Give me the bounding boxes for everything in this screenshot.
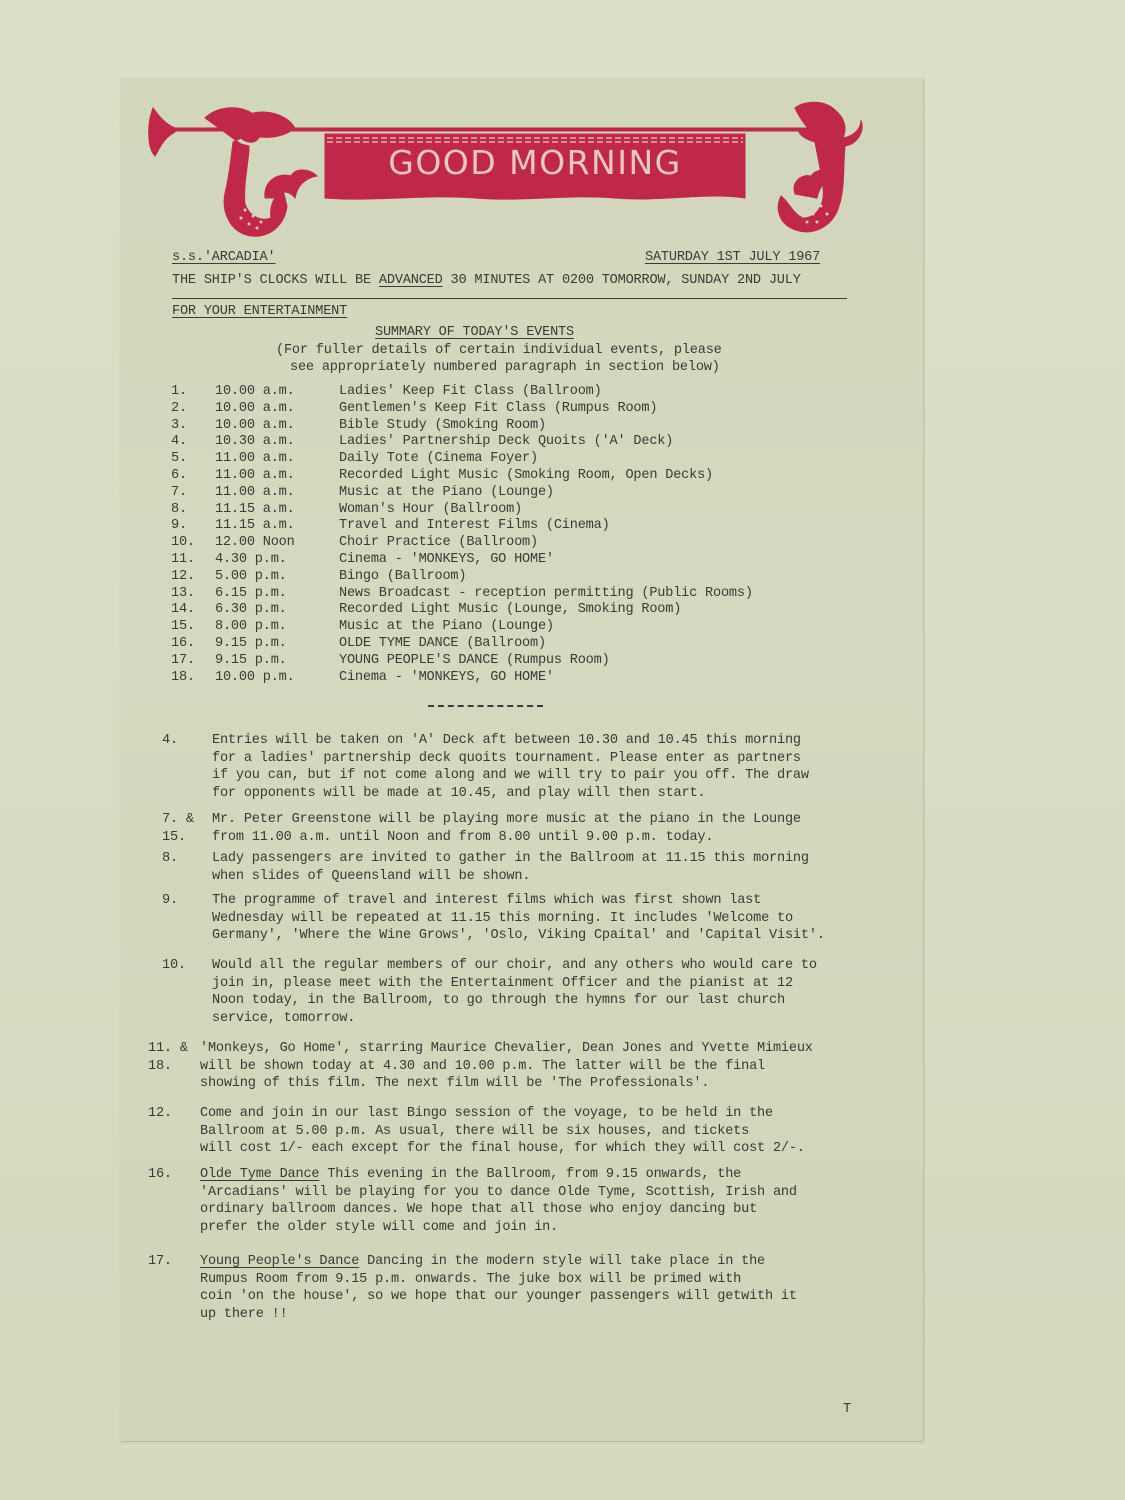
paragraph-line: Wednesday will be repeated at 11.15 this… [212,911,793,926]
summary-note-line2: see appropriately numbered paragraph in … [290,360,720,375]
clock-notice: THE SHIP'S CLOCKS WILL BE ADVANCED 30 MI… [172,273,801,288]
paragraph-line: Lady passengers are invited to gather in… [212,851,809,866]
event-number: 9. [171,518,211,533]
event-description: Choir Practice (Ballroom) [339,535,538,550]
paragraph-number: 10. [162,958,186,973]
event-number: 7. [171,485,211,500]
paragraph-line: coin 'on the house', so we hope that our… [200,1289,797,1304]
event-number: 12. [171,569,211,584]
event-description: Bingo (Ballroom) [339,569,466,584]
issue-date: SATURDAY 1ST JULY 1967 [645,250,820,265]
section-separator [428,705,543,707]
paragraph-number: 12. [148,1106,172,1121]
event-description: Cinema - 'MONKEYS, GO HOME' [339,670,554,685]
event-description: Music at the Piano (Lounge) [339,619,554,634]
event-description: OLDE TYME DANCE (Ballroom) [339,636,546,651]
paragraph-line: Germany', 'Where the Wine Grows', 'Oslo,… [212,928,825,943]
paragraph-line: will cost 1/- each except for the final … [200,1141,805,1156]
event-description: News Broadcast - reception permitting (P… [339,586,753,601]
event-description: YOUNG PEOPLE'S DANCE (Rumpus Room) [339,653,610,668]
event-number: 3. [171,418,211,433]
paragraph-line: The programme of travel and interest fil… [212,893,761,908]
paragraph-number: 9. [162,893,178,908]
paragraph-line: for opponents will be made at 10.45, and… [212,786,705,801]
event-time: 4.30 p.m. [215,552,287,567]
event-time: 8.00 p.m. [215,619,287,634]
event-description: Ladies' Keep Fit Class (Ballroom) [339,384,602,399]
ship-name: s.s.'ARCADIA' [172,250,275,265]
paragraph-line: Mr. Peter Greenstone will be playing mor… [212,812,801,827]
event-time: 6.15 p.m. [215,586,287,601]
footer-mark: T [843,1402,851,1417]
paragraph-line: Would all the regular members of our cho… [212,958,817,973]
event-time: 12.00 Noon [215,535,295,550]
paragraph-number: 17. [148,1254,172,1269]
paragraph-line: for a ladies' partnership deck quoits to… [212,751,801,766]
event-time: 10.30 a.m. [215,434,295,449]
event-description: Music at the Piano (Lounge) [339,485,554,500]
event-description: Bible Study (Smoking Room) [339,418,546,433]
paragraph-line: prefer the older style will come and joi… [200,1220,558,1235]
paragraph-text: Dancing in the modern style will take pl… [359,1254,765,1269]
paragraph-line: Come and join in our last Bingo session … [200,1106,773,1121]
event-description: Recorded Light Music (Smoking Room, Open… [339,468,713,483]
paragraph-heading: Olde Tyme Dance [200,1167,319,1182]
event-time: 11.15 a.m. [215,502,295,517]
event-number: 13. [171,586,211,601]
event-time: 10.00 a.m. [215,418,295,433]
event-time: 11.00 a.m. [215,451,295,466]
paragraph-line: service, tomorrow. [212,1011,355,1026]
paragraph-line: showing of this film. The next film will… [200,1076,709,1091]
paragraph-number: 4. [162,733,178,748]
event-number: 11. [171,552,211,567]
banner-title: GOOD MORNING [325,143,745,182]
clock-notice-emph: ADVANCED [379,273,443,288]
event-time: 5.00 p.m. [215,569,287,584]
event-number: 15. [171,619,211,634]
paragraph-number: 16. [148,1167,172,1182]
paragraph-line: Ballroom at 5.00 p.m. As usual, there wi… [200,1124,749,1139]
event-number: 4. [171,434,211,449]
event-number: 8. [171,502,211,517]
paragraph-text: This evening in the Ballroom, from 9.15 … [319,1167,741,1182]
paragraph-line: Rumpus Room from 9.15 p.m. onwards. The … [200,1272,741,1287]
paragraph-number: 18. [148,1059,172,1074]
paragraph-line: ordinary ballroom dances. We hope that a… [200,1202,757,1217]
paragraph-line: from 11.00 a.m. until Noon and from 8.00… [212,830,713,845]
header-divider [172,298,847,299]
section-heading: FOR YOUR ENTERTAINMENT [172,304,347,319]
event-number: 1. [171,384,211,399]
paragraph-number: 8. [162,851,178,866]
summary-note-line1: (For fuller details of certain individua… [276,343,722,358]
paragraph-line: when slides of Queensland will be shown. [212,869,530,884]
paragraph-heading: Young People's Dance [200,1254,359,1269]
event-number: 10. [171,535,211,550]
event-time: 6.30 p.m. [215,602,287,617]
event-time: 9.15 p.m. [215,653,287,668]
paragraph-line: Entries will be taken on 'A' Deck aft be… [212,733,801,748]
paragraph-line: will be shown today at 4.30 and 10.00 p.… [200,1059,765,1074]
paragraph-line: 'Arcadians' will be playing for you to d… [200,1185,797,1200]
event-number: 14. [171,602,211,617]
paragraph-line: 'Monkeys, Go Home', starring Maurice Che… [200,1041,813,1056]
event-description: Travel and Interest Films (Cinema) [339,518,610,533]
event-number: 2. [171,401,211,416]
event-time: 10.00 a.m. [215,384,295,399]
clock-notice-pre: THE SHIP'S CLOCKS WILL BE [172,273,379,288]
paragraph-number: 7. & [162,812,194,827]
paragraph-line: Olde Tyme Dance This evening in the Ball… [200,1167,741,1182]
event-time: 11.00 a.m. [215,485,295,500]
event-description: Gentlemen's Keep Fit Class (Rumpus Room) [339,401,657,416]
event-description: Recorded Light Music (Lounge, Smoking Ro… [339,602,681,617]
event-time: 9.15 p.m. [215,636,287,651]
event-number: 16. [171,636,211,651]
event-number: 6. [171,468,211,483]
paragraph-line: Young People's Dance Dancing in the mode… [200,1254,765,1269]
paragraph-line: join in, please meet with the Entertainm… [212,976,793,991]
event-number: 17. [171,653,211,668]
paragraph-number: 15. [162,830,186,845]
event-description: Cinema - 'MONKEYS, GO HOME' [339,552,554,567]
paragraph-line: if you can, but if not come along and we… [212,768,809,783]
event-description: Daily Tote (Cinema Foyer) [339,451,538,466]
summary-title: SUMMARY OF TODAY'S EVENTS [375,325,574,340]
event-time: 10.00 a.m. [215,401,295,416]
event-number: 5. [171,451,211,466]
paragraph-line: Noon today, in the Ballroom, to go throu… [212,993,785,1008]
event-time: 10.00 p.m. [215,670,295,685]
event-description: Woman's Hour (Ballroom) [339,502,522,517]
paragraph-number: 11. & [148,1041,188,1056]
event-time: 11.15 a.m. [215,518,295,533]
event-description: Ladies' Partnership Deck Quoits ('A' Dec… [339,434,673,449]
clock-notice-post: 30 MINUTES AT 0200 TOMORROW, SUNDAY 2ND … [443,273,801,288]
event-number: 18. [171,670,211,685]
event-time: 11.00 a.m. [215,468,295,483]
paragraph-line: up there !! [200,1307,288,1322]
